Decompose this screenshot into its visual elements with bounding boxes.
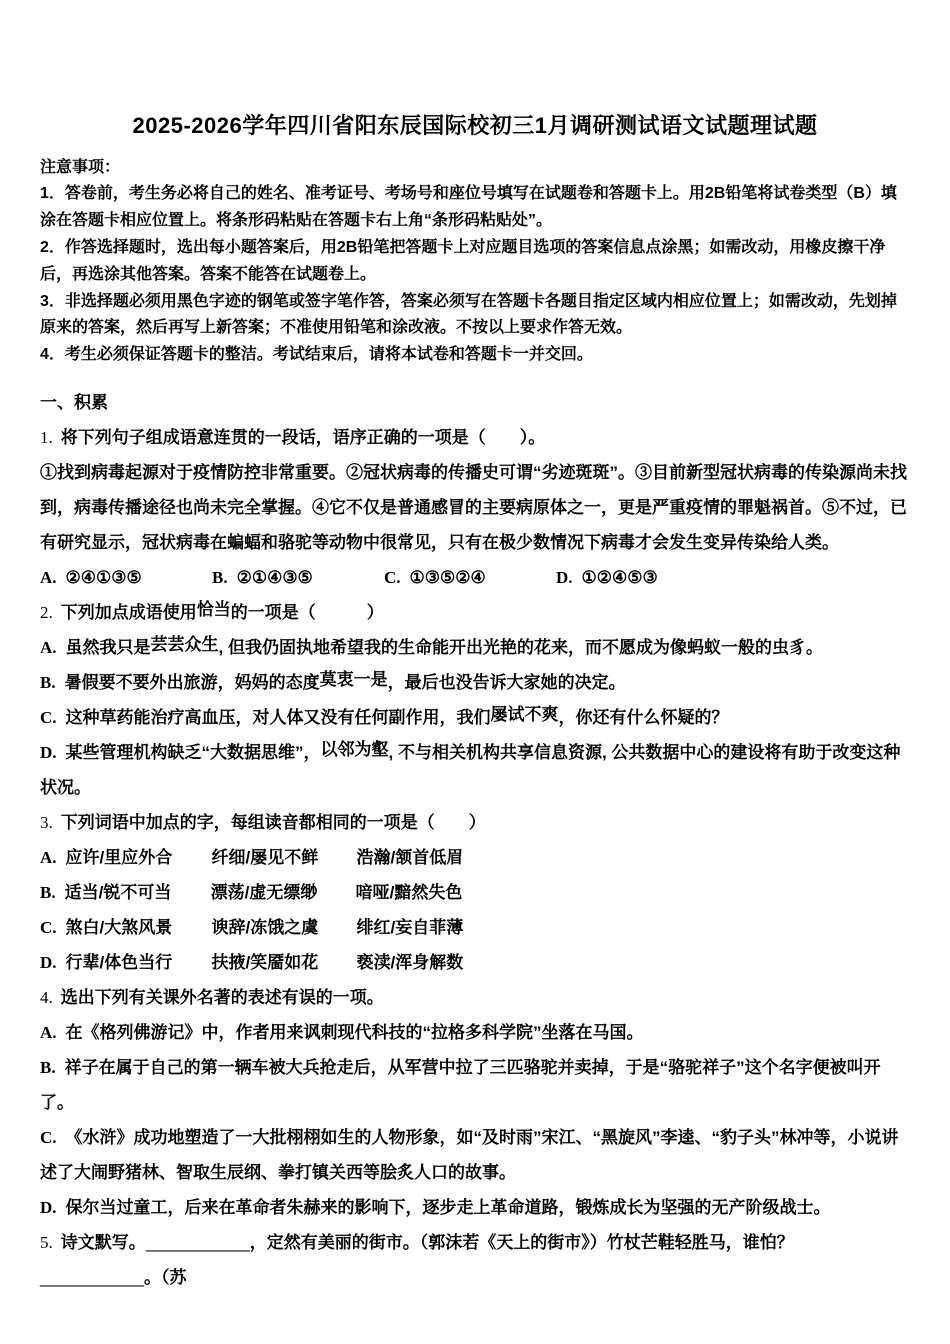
question-4-option-c: C.《水浒》成功地塑造了一大批栩栩如生的人物形象，如“及时雨”宋江、“黑旋风”李… [40, 1120, 910, 1190]
question-4-stem: 4.选出下列有关课外名著的表述有误的一项。 [40, 980, 910, 1015]
word-pair: 绯红/妄自菲薄 [357, 910, 464, 945]
emphasized-word: 恰当 [197, 600, 231, 619]
question-1-number: 1. [40, 428, 53, 447]
question-1-stem: 1.将下列句子组成语意连贯的一段话，语序正确的一项是（ ）。 [40, 420, 910, 455]
stem-text: 选出下列有关课外名著的表述有误的一项。 [61, 988, 384, 1007]
question-2-option-d: D.某些管理机构缺乏“大数据思维”，以邻为壑, 不与相关机构共享信息资源, 公共… [40, 735, 910, 805]
exam-body: 一、积累 1.将下列句子组成语意连贯的一段话，语序正确的一项是（ ）。 ①找到病… [40, 385, 910, 1295]
option-text: ②①④③⑤ [237, 568, 313, 587]
question-1-option-c: C.①③⑤②④ [384, 560, 556, 595]
stem-text: ，定然有美丽的街市。（郭沫若《天上的街市》）竹杖芒鞋轻胜马，谁怕？ [250, 1233, 794, 1252]
question-2-option-a: A.虽然我只是芸芸众生, 但我仍固执地希望我的生命能开出光艳的花来，而不愿成为像… [40, 630, 910, 665]
option-letter: B. [212, 568, 228, 587]
option-text: 暑假要不要外出旅游，妈妈的态度 [65, 673, 320, 692]
emphasized-idiom: 芸芸众生 [151, 635, 219, 654]
notice-heading: 注意事项： [40, 155, 910, 182]
option-letter: D. [40, 953, 57, 972]
question-1-option-d: D.①②④⑤③ [556, 560, 658, 595]
emphasized-idiom: 以邻为壑 [321, 740, 389, 759]
exam-paper-page: 2025-2026学年四川省阳东辰国际校初三1月调研测试语文试题理试题 注意事项… [0, 0, 950, 1344]
question-3-row-d: D.行辈/体色当行扶掖/笑靥如花亵渎/浑身解数 [40, 945, 910, 980]
question-5-stem: 5.诗文默写。___________，定然有美丽的街市。（郭沫若《天上的街市》）… [40, 1225, 910, 1295]
word-pair: 谀辞/冻饿之虞 [212, 910, 357, 945]
question-3-row-a: A.应许/里应外合纤细/屡见不鲜浩瀚/颔首低眉 [40, 840, 910, 875]
notice-item-2: 2．作答选择题时，选出每小题答案后，用2B铅笔把答题卡上对应题目选项的答案信息点… [40, 235, 910, 289]
option-text: 某些管理机构缺乏“大数据思维”， [66, 743, 321, 762]
option-text: 虽然我只是 [66, 638, 151, 657]
word-pair: 亵渎/浑身解数 [357, 945, 464, 980]
question-2-option-b: B.暑假要不要外出旅游，妈妈的态度莫衷一是，最后也没告诉大家她的决定。 [40, 665, 910, 700]
fill-in-blank: ___________ [40, 1268, 144, 1287]
option-letter: A. [40, 638, 57, 657]
question-1-option-a: A.②④①③⑤ [40, 560, 212, 595]
option-text: 祥子在属于自己的第一辆车被大兵抢走后，从军营中拉了三匹骆驼并卖掉，于是“骆驼祥子… [40, 1058, 881, 1112]
word-pair: 漂荡/虚无缥缈 [211, 875, 356, 910]
option-letter: D. [40, 1198, 57, 1217]
section-heading: 一、积累 [40, 385, 910, 420]
question-4-option-d: D.保尔当过童工，后来在革命者朱赫来的影响下，逐步走上革命道路，锻炼成长为坚强的… [40, 1190, 910, 1225]
question-4-option-b: B.祥子在属于自己的第一辆车被大兵抢走后，从军营中拉了三匹骆驼并卖掉，于是“骆驼… [40, 1050, 910, 1120]
word-pair: 应许/里应外合 [66, 840, 212, 875]
option-text: 《水浒》成功地塑造了一大批栩栩如生的人物形象，如“及时雨”宋江、“黑旋风”李逵、… [40, 1128, 899, 1182]
word-pair: 煞白/大煞风景 [66, 910, 212, 945]
word-pair: 适当/锐不可当 [65, 875, 211, 910]
word-pair: 浩瀚/颔首低眉 [357, 840, 464, 875]
option-letter: B. [40, 883, 56, 902]
page-title: 2025-2026学年四川省阳东辰国际校初三1月调研测试语文试题理试题 [40, 112, 910, 141]
option-text: 这种草药能治疗高血压，对人体又没有任何副作用，我们 [66, 708, 491, 727]
question-2-number: 2. [40, 603, 53, 622]
option-text: ，最后也没告诉大家她的决定。 [388, 673, 626, 692]
option-letter: C. [40, 918, 57, 937]
question-2-option-c: C.这种草药能治疗高血压，对人体又没有任何副作用，我们屡试不爽，你还有什么怀疑的… [40, 700, 910, 735]
question-1-options: A.②④①③⑤B.②①④③⑤C.①③⑤②④D.①②④⑤③ [40, 560, 910, 595]
stem-text: 。（苏 [144, 1268, 187, 1287]
notice-item-1: 1．答卷前，考生务必将自己的姓名、准考证号、考场号和座位号填写在试题卷和答题卡上… [40, 181, 910, 235]
option-letter: D. [40, 743, 57, 762]
notice-item-4: 4．考生必须保证答题卡的整洁。考试结束后，请将本试卷和答题卡一并交回。 [40, 342, 910, 369]
option-letter: D. [556, 568, 573, 587]
option-text: ，你还有什么怀疑的？ [559, 708, 729, 727]
emphasized-idiom: 莫衷一是 [320, 670, 388, 689]
question-1-passage: ①找到病毒起源对于疫情防控非常重要。②冠状病毒的传播史可谓“劣迹斑斑”。③目前新… [40, 455, 910, 560]
option-text: , 但我仍固执地希望我的生命能开出光艳的花来，而不愿成为像蚂蚁一般的虫豸。 [219, 638, 823, 657]
question-3-row-b: B.适当/锐不可当漂荡/虚无缥缈喑哑/黯然失色 [40, 875, 910, 910]
option-letter: C. [384, 568, 401, 587]
stem-text: 下列加点成语使用 [61, 603, 197, 622]
option-text: ①③⑤②④ [410, 568, 486, 587]
stem-text: 的一项是（ ） [231, 603, 384, 622]
stem-text: 下列词语中加点的字，每组读音都相同的一项是（ ） [61, 813, 486, 832]
question-3-row-c: C.煞白/大煞风景谀辞/冻饿之虞绯红/妄自菲薄 [40, 910, 910, 945]
question-1-option-b: B.②①④③⑤ [212, 560, 384, 595]
question-3-stem: 3.下列词语中加点的字，每组读音都相同的一项是（ ） [40, 805, 910, 840]
word-pair: 扶掖/笑靥如花 [212, 945, 357, 980]
option-letter: A. [40, 568, 57, 587]
option-text: 在《格列佛游记》中，作者用来讽刺现代科技的“拉格多科学院”坐落在马国。 [66, 1023, 644, 1042]
emphasized-idiom: 屡试不爽 [491, 705, 559, 724]
question-3-number: 3. [40, 813, 53, 832]
word-pair: 纤细/屡见不鲜 [212, 840, 357, 875]
word-pair: 喑哑/黯然失色 [356, 875, 463, 910]
option-letter: A. [40, 1023, 57, 1042]
question-2-stem: 2.下列加点成语使用恰当的一项是（ ） [40, 595, 910, 630]
option-letter: B. [40, 673, 56, 692]
option-text: ①②④⑤③ [582, 568, 658, 587]
option-letter: B. [40, 1058, 56, 1077]
option-letter: C. [40, 708, 57, 727]
question-5-number: 5. [40, 1233, 53, 1252]
word-pair: 行辈/体色当行 [66, 945, 212, 980]
option-text: ②④①③⑤ [66, 568, 142, 587]
question-4-option-a: A.在《格列佛游记》中，作者用来讽刺现代科技的“拉格多科学院”坐落在马国。 [40, 1015, 910, 1050]
notice-item-3: 3．非选择题必须用黑色字迹的钢笔或签字笔作答，答案必须写在答题卡各题目指定区域内… [40, 289, 910, 343]
question-1-stem-text: 将下列句子组成语意连贯的一段话，语序正确的一项是（ ）。 [61, 428, 546, 447]
stem-text: 诗文默写。 [61, 1233, 146, 1252]
notice-section: 注意事项： 1．答卷前，考生务必将自己的姓名、准考证号、考场号和座位号填写在试题… [40, 155, 910, 369]
option-letter: A. [40, 848, 57, 867]
fill-in-blank: ___________ [146, 1233, 250, 1252]
question-4-number: 4. [40, 988, 53, 1007]
option-letter: C. [40, 1128, 57, 1147]
option-text: 保尔当过童工，后来在革命者朱赫来的影响下，逐步走上革命道路，锻炼成长为坚强的无产… [66, 1198, 831, 1217]
